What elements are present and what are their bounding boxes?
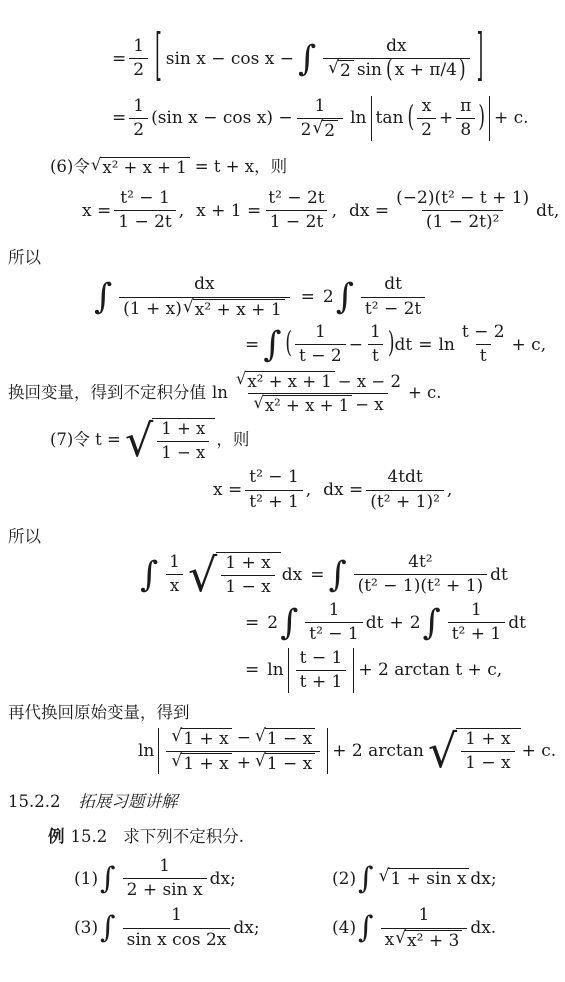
square-root: √ 1 + x 1 − x [188,552,281,599]
numerator: 1 [129,96,148,118]
denominator: t [476,344,491,367]
eq-sign: = [245,613,259,633]
square-root: √ 1 + x 1 − x [428,728,521,775]
fraction: dx (1 + x) √ x² + x + 1 [119,274,290,320]
math-text: ，则 [216,428,249,453]
denominator: (t² + 1)² [366,490,444,513]
math-text: + c. [494,108,529,128]
fraction: 1 x √ x² + 3 [381,905,468,951]
absolute-value-bar [489,96,490,142]
math-text: + [389,613,403,633]
numerator: 1 [310,96,329,118]
eq-sign: = [245,335,259,355]
denominator: (t² − 1)(t² + 1) [354,574,488,597]
equation-5-line-1: = 1 2 [ sin x − cos x − ∫ dx √ 2 sin ( x… [112,36,565,82]
math-text: dt [366,613,384,633]
fraction: 1 2 √ 2 [297,96,344,142]
numerator: t² − 2t [264,188,328,210]
body-text: 换回变量，得到不定积分值 [8,381,206,406]
math-text: (1 + x) [123,299,182,320]
numerator: 1 [467,600,486,622]
fraction: √ x² + x + 1 − x − 2 √ x² + x + 1 − x [231,371,405,416]
problem-tag: (3) [74,918,98,938]
numerator: √ x² + x + 1 − x − 2 [231,371,405,393]
fraction: 1 t² + 1 [448,600,506,646]
square-root: √ 1 − x [255,728,315,749]
numerator: 1 [366,322,385,344]
right-paren: ) [388,330,395,359]
fraction: 4tdt (t² + 1)² [366,467,444,513]
denominator: 2 √ 2 [297,118,344,141]
math-text: ln [267,660,283,680]
fraction: 1 t [366,322,385,368]
square-root: √ x² + x + 1 [236,371,335,392]
numerator: 1 [325,600,344,622]
math-text: dx = [349,201,389,221]
fraction: t² − 1 1 − 2t [114,188,176,234]
denominator: √ 1 + x + √ 1 − x [166,751,320,774]
radicand: 1 + x 1 − x [216,552,280,599]
math-text: 2 [323,287,334,307]
radicand: 1 + x 1 − x [456,728,520,775]
numerator: t − 2 [458,322,509,344]
numerator: dx [190,274,218,296]
denominator: 2 [129,118,148,141]
radicand: x² + x + 1 [263,395,352,416]
math-text: 2 [301,120,312,141]
math-text: dx [282,565,302,585]
radicand: 1 + x [181,728,231,749]
numerator: t² − 1 [116,188,174,210]
fraction: π 8 [456,96,475,142]
paragraph-zai: 再代换回原始变量，得到 [8,701,565,726]
math-text: − x [355,395,383,416]
math-text: x = [82,201,111,221]
numerator: 1 [165,552,184,574]
denominator: 1 − 2t [114,210,176,233]
fraction: t² − 2t 1 − 2t [264,188,328,234]
math-text: − [349,335,363,355]
problem-4: (4) ∫ 1 x √ x² + 3 dx. [332,905,496,951]
math-text: dx; [470,869,496,889]
absolute-value-bar [371,96,372,142]
math-text: dx = [323,480,363,500]
math-text: ln [350,108,366,128]
denominator: 2 [129,58,148,81]
example-number: 15.2 [71,825,108,850]
fraction: 1 t² − 1 [305,600,363,646]
denominator: t − 2 [295,344,346,367]
fraction: 1 2 [129,36,148,82]
square-root: √ x² + x + 1 [183,299,285,320]
paragraph-huiwan: 换回变量，得到不定积分值 ln √ x² + x + 1 − x − 2 √ x… [8,371,565,416]
equation-6-line-1: ∫ dx (1 + x) √ x² + x + 1 = 2 ∫ dt t² − … [92,274,565,320]
fraction: x 2 [417,96,436,142]
numerator: t² − 1 [245,467,303,489]
problem-3: (3) ∫ 1 sin x cos 2x dx; [74,905,332,951]
math-text: x = [213,480,242,500]
math-text: + c, [512,335,547,355]
denominator: sin x cos 2x [123,928,231,951]
numerator: 1 [415,905,434,927]
denominator: 2 [417,118,436,141]
math-text: tan [376,108,404,128]
fraction: 1 x [165,552,184,598]
absolute-value-bar [327,728,328,775]
section-number: 15.2.2 [8,790,60,815]
numerator: t − 1 [296,648,347,670]
radicand: x² + x + 1 [100,157,189,178]
numerator: 1 + x [461,729,514,751]
denominator: √ x² + x + 1 − x [248,393,387,416]
problem-tag: (4) [332,918,356,938]
radicand: 2 [338,60,354,81]
fraction: 4t² (t² − 1)(t² + 1) [354,552,488,598]
equation-7-line-1: ∫ 1 x √ 1 + x 1 − x dx = ∫ 4t² (t² − 1)(… [138,552,565,599]
math-text: dx; [233,918,259,938]
square-root: √ 2 [328,60,354,81]
document-page: = 1 2 [ sin x − cos x − ∫ dx √ 2 sin ( x… [0,0,565,982]
fraction: 1 t − 2 [295,322,346,368]
equation-7-final: ln √ 1 + x − √ 1 − x √ 1 + x + [138,728,565,775]
absolute-value-bar [158,728,159,775]
numerator: x [418,96,436,118]
denominator: t² + 1 [448,622,506,645]
denominator: √ 2 sin ( x + π/4 ) [323,58,469,81]
paragraph-suoyi-2: 所以 [8,525,565,550]
math-text: dt, [536,201,559,221]
fraction: t − 2 t [458,322,509,368]
fraction: dt t² − 2t [361,274,425,320]
fraction: t² − 1 t² + 1 [245,467,303,513]
eq-sign: = [310,565,324,585]
equation-7-line-3: = ln t − 1 t + 1 + 2 arctan t + c, [245,648,565,694]
fraction: 1 sin x cos 2x [123,905,231,951]
math-text: ln [212,381,228,406]
math-text: x + π/4 [395,60,457,81]
problem-1: (1) ∫ 1 2 + sin x dx; [74,856,332,902]
denominator: 8 [456,118,475,141]
problems-row-1: (1) ∫ 1 2 + sin x dx; (2) ∫ √ 1 + sin x … [74,856,565,902]
math-text: x + 1 = [196,201,261,221]
denominator: 1 − x [461,751,514,774]
fraction: 1 + x 1 − x [221,553,274,599]
denominator: 1 − 2t [266,210,328,233]
paragraph-case-7: (7)令 t = √ 1 + x 1 − x ，则 [50,418,565,463]
numerator: 1 + x [157,419,209,441]
square-root: √ x² + 3 [395,930,462,951]
fraction: dx √ 2 sin ( x + π/4 ) [323,36,469,82]
paragraph-case-6: (6)令 √ x² + x + 1 = t + x，则 [50,155,565,180]
denominator: x [166,574,184,597]
numerator: 1 [155,856,174,878]
math-text: dx; [210,869,236,889]
radicand: 1 + x 1 − x [152,418,215,463]
numerator: dt [380,274,406,296]
math-text: + [237,753,251,774]
fraction: 1 + x 1 − x [461,729,514,775]
math-text: ln [438,335,454,355]
section-title: 拓展习题讲解 [78,790,177,815]
paragraph-suoyi-1: 所以 [8,246,565,271]
square-root: √ x² + x + 1 [91,157,190,178]
math-text: (6)令 [50,155,90,180]
denominator: (1 + x) √ x² + x + 1 [119,297,290,320]
equation-6-substitution: x = t² − 1 1 − 2t , x + 1 = t² − 2t 1 − … [82,188,565,234]
math-text: dt [394,335,412,355]
math-text: 2 [267,613,278,633]
left-paren: ( [407,104,414,133]
denominator: x √ x² + 3 [381,928,468,951]
radicand: x² + x + 1 [193,299,285,320]
problem-2: (2) ∫ √ 1 + sin x dx; [332,868,497,889]
math-text: + [439,108,453,128]
denominator: t + 1 [296,670,347,693]
radicand: 1 − x [265,753,315,774]
math-text: + c. [408,381,442,406]
numerator: 1 + x [221,553,274,575]
denominator: 1 − x [157,441,209,464]
math-text: (7)令 t = [50,428,121,453]
numerator: π [456,96,475,118]
eq-sign: = [245,660,259,680]
math-text: , [179,201,184,221]
denominator: t² − 2t [361,297,425,320]
denominator: 2 + sin x [123,878,207,901]
eq-sign: = [112,49,126,69]
fraction: 1 2 + sin x [123,856,207,902]
right-paren: ) [478,104,485,133]
denominator: (1 − 2t)² [422,210,504,233]
fraction: 1 + x 1 − x [157,419,209,463]
radicand: 1 + sin x [388,868,469,889]
math-text: (sin x − cos x) − [151,108,293,128]
math-text: + 2 arctan t + c, [358,660,502,680]
equation-6-line-2: = ∫ ( 1 t − 2 − 1 t ) dt = ln t − 2 t + … [245,322,565,368]
denominator: t² − 1 [305,622,363,645]
radicand: x² + x + 1 [245,371,334,392]
numerator: 1 [129,36,148,58]
denominator: 1 − x [221,575,274,598]
left-bracket: [ [155,31,162,87]
right-paren: ) [459,59,466,84]
fraction: √ 1 + x − √ 1 − x √ 1 + x + √ 1 − x [166,728,320,774]
math-text: = t + x，则 [195,155,287,180]
numerator: (−2)(t² − t + 1) [392,188,533,210]
radicand: 1 − x [265,728,315,749]
left-paren: ( [386,59,393,84]
math-text: sin x − cos x − [166,49,294,69]
numerator: √ 1 + x − √ 1 − x [166,728,320,750]
math-text: dt [490,565,508,585]
math-text: , [447,480,452,500]
math-text: , [332,201,337,221]
problem-tag: (1) [74,869,98,889]
section-heading: 15.2.2 拓展习题讲解 [8,790,565,815]
square-root: √ 1 + x 1 − x [125,418,216,463]
math-text: + c. [522,741,557,761]
eq-sign: = [418,335,432,355]
equation-7-line-2: = 2 ∫ 1 t² − 1 dt + 2 ∫ 1 t² + 1 dt [245,600,565,646]
numerator: 4t² [404,552,436,574]
denominator: t² + 1 [245,490,303,513]
numerator: 4tdt [383,467,426,489]
equation-7-substitution: x = t² − 1 t² + 1 , dx = 4tdt (t² + 1)² … [213,467,565,513]
square-root: √ 2 [312,120,338,141]
math-text: 2 [410,613,421,633]
example-label: 例 [48,825,65,850]
square-root: √ 1 + sin x [379,868,470,889]
eq-sign: = [301,287,315,307]
eq-sign: = [112,108,126,128]
math-text: + 2 arctan [332,741,424,761]
math-text: sin [357,60,382,81]
square-root: √ x² + x + 1 [253,395,352,416]
numerator: 1 [167,905,186,927]
fraction: (−2)(t² − t + 1) (1 − 2t)² [392,188,533,234]
radicand: x² + 3 [405,930,462,951]
math-text: x [385,930,395,951]
absolute-value-bar [288,648,289,694]
example-heading: 例 15.2 求下列不定积分. [48,825,565,850]
square-root: √ 1 + x [171,753,231,774]
fraction: t − 1 t + 1 [296,648,347,694]
square-root: √ 1 − x [255,753,315,774]
math-text: − [237,728,251,749]
equation-5-line-2: = 1 2 (sin x − cos x) − 1 2 √ 2 ln tan (… [112,96,565,142]
math-text: dx. [470,918,496,938]
math-text: , [306,480,311,500]
radicand: 2 [322,120,338,141]
left-paren: ( [285,330,292,359]
denominator: t [368,344,383,367]
numerator: 1 [311,322,330,344]
fraction: 1 2 [129,96,148,142]
math-text: − x − 2 [338,372,401,393]
example-text: 求下列不定积分. [123,825,244,850]
right-bracket: ] [477,31,484,87]
math-text: ln [138,741,154,761]
absolute-value-bar [353,648,354,694]
radicand: 1 + x [181,753,231,774]
problem-tag: (2) [332,869,356,889]
problems-row-2: (3) ∫ 1 sin x cos 2x dx; (4) ∫ 1 x √ x² … [74,905,565,951]
square-root: √ 1 + x [171,728,231,749]
math-text: dt [508,613,526,633]
